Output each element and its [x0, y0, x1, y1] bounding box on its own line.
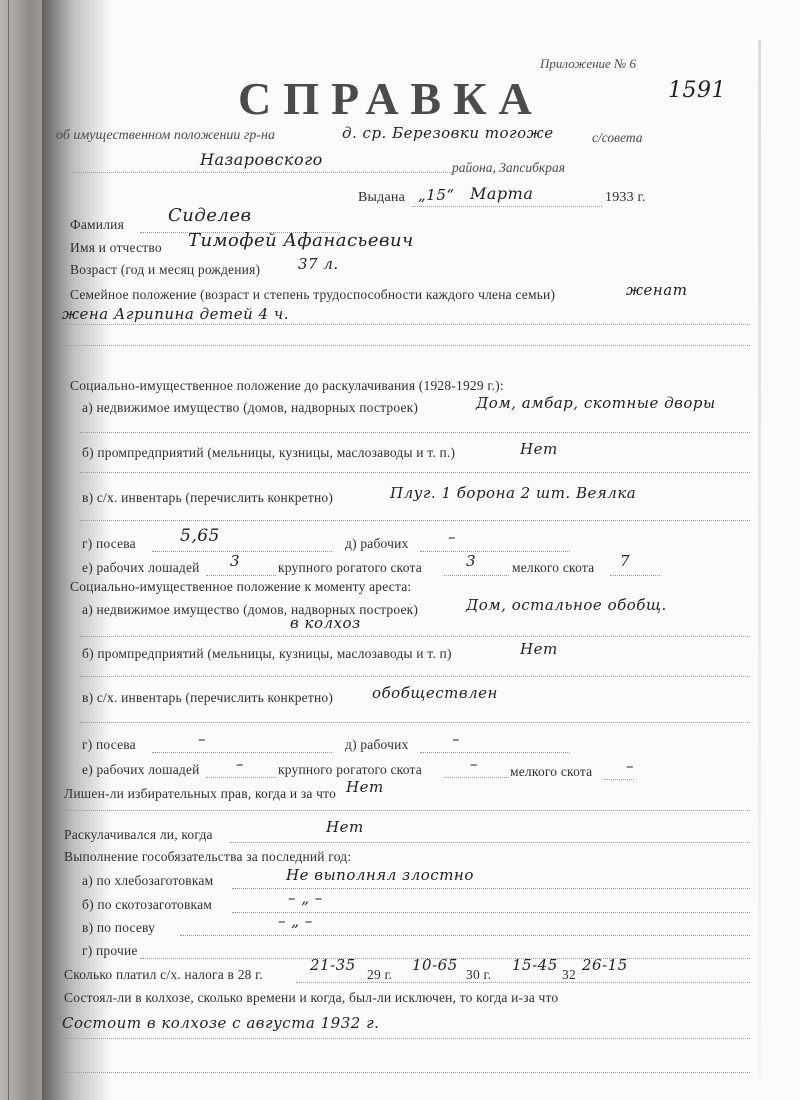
- tax-label: Сколько платил с/х. налога в 28 г.: [64, 967, 263, 983]
- tax-1932-value: 26-15: [582, 956, 628, 974]
- issued-day: „15“: [418, 186, 455, 204]
- appendix-label: Приложение № 6: [540, 56, 636, 72]
- rights-label: Лишен-ли избирательных прав, когда и за …: [64, 786, 336, 802]
- arrest-a-value-1: Дом, остальное обобщ.: [466, 596, 667, 614]
- name-label: Имя и отчество: [70, 240, 162, 256]
- dekulak-value: Нет: [326, 818, 364, 836]
- age-label: Возраст (год и месяц рождения): [70, 262, 260, 278]
- before-dekulak-heading: Социально-имущественное положение до рас…: [70, 378, 504, 394]
- district-label: района, Запсибкрая: [452, 160, 565, 176]
- arrest-d-label: г) посева: [82, 737, 136, 753]
- before-b-label: б) промпредприятий (мельницы, кузницы, м…: [82, 445, 455, 461]
- before-b-value: Нет: [520, 440, 558, 458]
- arrest-d-value: –: [198, 730, 206, 748]
- dekulak-label: Раскулачивался ли, когда: [64, 827, 213, 843]
- obl-a-value: Не выполнял злостно: [286, 866, 474, 884]
- age-value: 37 л.: [298, 255, 339, 273]
- obl-c-value: – „ –: [278, 912, 313, 930]
- district-value: Назаровского: [200, 150, 323, 169]
- tax-1930-label: 30 г.: [466, 967, 491, 983]
- tax-1930-value: 15-45: [512, 956, 558, 974]
- village-value: д. ср. Березовки тогоже: [342, 124, 554, 142]
- arrest-a-label: а) недвижимое имущество (домов, надворны…: [82, 602, 418, 618]
- at-arrest-heading: Социально-имущественное положение к моме…: [70, 579, 411, 595]
- arrest-small-value: –: [626, 757, 634, 775]
- arrest-c-label: в) с/х. инвентарь (перечислить конкретно…: [82, 690, 333, 706]
- rights-value: Нет: [346, 778, 384, 796]
- kolkhoz-value: Состоит в колхозе с августа 1932 г.: [62, 1014, 379, 1032]
- before-e-value: –: [448, 528, 456, 546]
- arrest-b-value: Нет: [520, 640, 558, 658]
- obl-b-value: – „ –: [288, 889, 323, 907]
- before-f-value: 3: [230, 552, 240, 570]
- before-c-value: Плуг. 1 борона 2 шт. Веялка: [390, 484, 636, 502]
- arrest-cattle-value: –: [470, 755, 478, 773]
- subtitle-prefix: об имущественном положении гр-на: [56, 128, 275, 144]
- family-label: Семейное положение (возраст и степень тр…: [70, 287, 555, 303]
- issued-month: Марта: [470, 184, 533, 203]
- arrest-f-label: е) рабочих лошадей: [82, 762, 200, 778]
- before-c-label: в) с/х. инвентарь (перечислить конкретно…: [82, 490, 333, 506]
- arrest-c-value: обобществлен: [372, 684, 498, 702]
- family-value-2: жена Агрипина детей 4 ч.: [62, 305, 289, 323]
- before-f-label: е) рабочих лошадей: [82, 560, 200, 576]
- obl-c-label: в) по посеву: [82, 920, 155, 936]
- before-cattle-value: 3: [466, 552, 476, 570]
- binder-spine: [0, 0, 42, 1100]
- before-d-label: г) посева: [82, 536, 136, 552]
- before-small-value: 7: [620, 552, 630, 570]
- arrest-small-label: мелкого скота: [510, 764, 592, 780]
- tax-1932-label: 32: [562, 967, 576, 983]
- issued-year: 1933 г.: [605, 190, 646, 206]
- archive-number: 1591: [668, 78, 726, 103]
- before-a-label: а) недвижимое имущество (домов, надворны…: [82, 400, 418, 416]
- before-a-value: Дом, амбар, скотные дворы: [476, 394, 716, 412]
- surname-value: Сиделев: [168, 205, 252, 226]
- arrest-f-value: –: [236, 755, 244, 773]
- before-small-label: мелкого скота: [512, 560, 594, 576]
- obl-d-label: г) прочие: [82, 943, 138, 959]
- arrest-e-value: –: [452, 730, 460, 748]
- kolkhoz-label: Состоял-ли в колхозе, сколько времени и …: [64, 990, 558, 1006]
- obl-b-label: б) по скотозаготовкам: [82, 897, 212, 913]
- tax-1928-value: 21-35: [310, 956, 356, 974]
- scan-edge: [758, 40, 761, 1080]
- family-value-1: женат: [626, 281, 687, 299]
- issued-label: Выдана: [358, 190, 405, 206]
- arrest-a-value-2: в колхоз: [290, 614, 361, 632]
- arrest-b-label: б) промпредприятий (мельницы, кузницы, м…: [82, 646, 452, 662]
- arrest-e-label: д) рабочих: [345, 737, 409, 753]
- document-title: СПРАВКА: [238, 72, 544, 125]
- tax-1929-value: 10-65: [412, 956, 458, 974]
- before-cattle-label: крупного рогатого скота: [278, 560, 422, 576]
- obligations-heading: Выполнение гособязательства за последний…: [64, 849, 351, 865]
- before-e-label: д) рабочих: [345, 536, 409, 552]
- before-d-value: 5,65: [180, 526, 220, 546]
- soviet-label: с/совета: [592, 130, 643, 146]
- name-value: Тимофей Афанасьевич: [188, 230, 414, 251]
- obl-a-label: а) по хлебозаготовкам: [82, 873, 213, 889]
- surname-label: Фамилия: [70, 217, 124, 233]
- arrest-cattle-label: крупного рогатого скота: [278, 762, 422, 778]
- tax-1929-label: 29 г.: [367, 967, 392, 983]
